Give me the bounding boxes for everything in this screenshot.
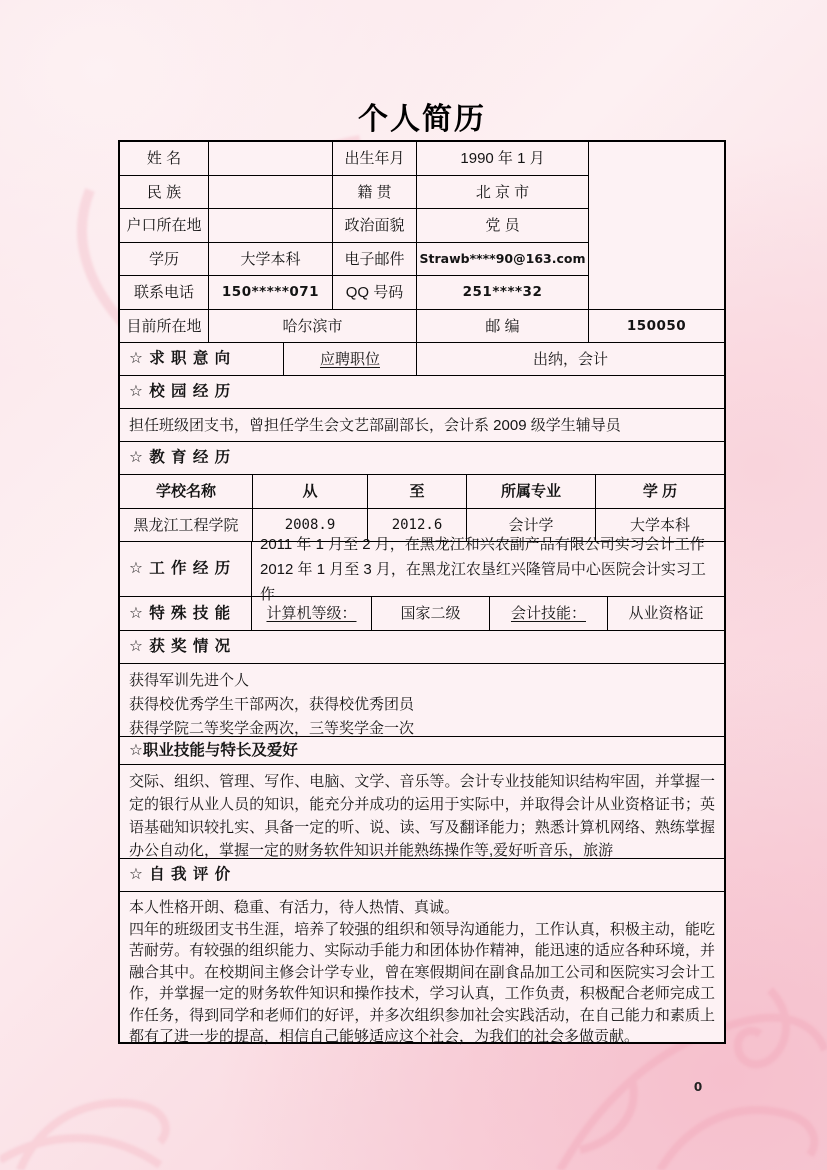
- name-label: 姓 名: [120, 142, 209, 176]
- column-major: 所属专业: [467, 475, 596, 509]
- special-skills-row: ☆ 特 殊 技 能 计算机等级： 国家二级 会计技能： 从业资格证: [120, 597, 724, 631]
- email-label: 电子邮件: [333, 243, 417, 276]
- self-evaluation-header: ☆ 自 我 评 价: [120, 859, 724, 892]
- professional-skills-content: 交际、组织、管理、写作、电脑、文学、音乐等。会计专业技能知识结构牢固，并掌握一定…: [120, 765, 724, 858]
- accounting-skill-label: 会计技能：: [490, 597, 608, 631]
- table-row: 姓 名 出生年月 1990 年 1 月: [120, 142, 589, 176]
- page-title: 个人简历: [118, 94, 726, 136]
- resume-page: { "page": { "title": "个人简历", "page_numbe…: [0, 0, 827, 1170]
- personal-info-grid: 姓 名 出生年月 1990 年 1 月 民 族 籍 贯 北 京 市 户口所在地 …: [120, 142, 589, 309]
- self-evaluation-content-row: 本人性格开朗、稳重、有活力，待人热情、真诚。 四年的班级团支书生涯，培养了较强的…: [120, 892, 724, 1042]
- self-evaluation-content: 本人性格开朗、稳重、有活力，待人热情、真诚。 四年的班级团支书生涯，培养了较强的…: [120, 892, 724, 1042]
- special-skills-header: ☆ 特 殊 技 能: [120, 597, 252, 631]
- school-name: 黑龙江工程学院: [120, 509, 253, 542]
- awards-content-row: 获得军训先进个人 获得校优秀学生干部两次，获得校优秀团员 获得学院二等奖学金两次…: [120, 664, 724, 737]
- phone-label: 联系电话: [120, 276, 209, 310]
- native-place-label: 籍 贯: [333, 176, 417, 209]
- column-school-name: 学校名称: [120, 475, 253, 509]
- ethnicity-label: 民 族: [120, 176, 209, 209]
- education-level-label: 学历: [120, 243, 209, 276]
- page-number: 0: [688, 1080, 708, 1094]
- work-section-header: ☆ 工 作 经 历: [120, 542, 252, 597]
- current-location-value: 哈尔滨市: [209, 310, 417, 343]
- political-status-value: 党 员: [417, 209, 589, 243]
- professional-skills-content-row: 交际、组织、管理、写作、电脑、文学、音乐等。会计专业技能知识结构牢固，并掌握一定…: [120, 765, 724, 859]
- native-place-value: 北 京 市: [417, 176, 589, 209]
- birthdate-label: 出生年月: [333, 142, 417, 176]
- education-header-row: ☆ 教 育 经 历: [120, 442, 724, 475]
- professional-skills-header-row: ☆职业技能与特长及爱好: [120, 737, 724, 765]
- accounting-skill-value: 从业资格证: [608, 597, 724, 631]
- award-line-1: 获得军训先进个人: [129, 669, 715, 693]
- email-value: Strawb****90@163.com: [417, 243, 589, 276]
- accounting-skill-label-text: 会计技能：: [511, 604, 586, 624]
- awards-content: 获得军训先进个人 获得校优秀学生干部两次，获得校优秀团员 获得学院二等奖学金两次…: [120, 664, 724, 736]
- column-to: 至: [368, 475, 467, 509]
- qq-value: 251****32: [417, 276, 589, 310]
- professional-skills-header: ☆职业技能与特长及爱好: [120, 737, 724, 765]
- photo-placeholder: [589, 142, 724, 310]
- table-row: 学历 大学本科 电子邮件 Strawb****90@163.com: [120, 243, 589, 276]
- location-row: 目前所在地 哈尔滨市 邮 编 150050: [120, 310, 724, 343]
- column-degree: 学 历: [596, 475, 724, 509]
- education-level-value: 大学本科: [209, 243, 333, 276]
- computer-level-label: 计算机等级：: [252, 597, 372, 631]
- birthdate-value: 1990 年 1 月: [417, 142, 589, 176]
- applied-position-value: 出纳，会计: [417, 343, 724, 376]
- self-evaluation-paragraph-2: 四年的班级团支书生涯，培养了较强的组织和领导沟通能力，工作认真，积极主动，能吃苦…: [129, 919, 715, 1048]
- resume-table: 姓 名 出生年月 1990 年 1 月 民 族 籍 贯 北 京 市 户口所在地 …: [118, 140, 726, 1044]
- job-intention-header: ☆ 求 职 意 向: [120, 343, 284, 376]
- table-row: 户口所在地 政治面貌 党 员: [120, 209, 589, 243]
- applied-position-label: 应聘职位: [284, 343, 417, 376]
- campus-header-row: ☆ 校 园 经 历: [120, 376, 724, 409]
- household-value-cell: [209, 209, 333, 243]
- campus-content: 担任班级团支书，曾担任学生会文艺部副部长，会计系 2009 级学生辅导员: [120, 409, 724, 442]
- zip-label: 邮 编: [417, 310, 589, 343]
- campus-section-header: ☆ 校 园 经 历: [120, 376, 724, 409]
- table-row: 民 族 籍 贯 北 京 市: [120, 176, 589, 209]
- computer-level-label-text: 计算机等级：: [266, 604, 356, 624]
- education-section-header: ☆ 教 育 经 历: [120, 442, 724, 475]
- current-location-label: 目前所在地: [120, 310, 209, 343]
- zip-value: 150050: [589, 310, 724, 343]
- ethnicity-value-cell: [209, 176, 333, 209]
- qq-label: QQ 号码: [333, 276, 417, 310]
- work-experience-row: ☆ 工 作 经 历 2011 年 1 月至 2 月，在黑龙江和兴农副产品有限公司…: [120, 542, 724, 597]
- self-evaluation-header-row: ☆ 自 我 评 价: [120, 859, 724, 892]
- work-content: 2011 年 1 月至 2 月，在黑龙江和兴农副产品有限公司实习会计工作 201…: [252, 542, 724, 597]
- personal-info-section: 姓 名 出生年月 1990 年 1 月 民 族 籍 贯 北 京 市 户口所在地 …: [120, 142, 724, 310]
- campus-content-row: 担任班级团支书，曾担任学生会文艺部副部长，会计系 2009 级学生辅导员: [120, 409, 724, 442]
- political-status-label: 政治面貌: [333, 209, 417, 243]
- computer-level-value: 国家二级: [372, 597, 490, 631]
- award-line-2: 获得校优秀学生干部两次，获得校优秀团员: [129, 693, 715, 717]
- column-from: 从: [253, 475, 368, 509]
- awards-section-header: ☆ 获 奖 情 况: [120, 631, 724, 664]
- phone-value: 150*****071: [209, 276, 333, 310]
- applied-position-label-text: 应聘职位: [320, 350, 380, 370]
- name-value-cell: [209, 142, 333, 176]
- job-intention-row: ☆ 求 职 意 向 应聘职位 出纳，会计: [120, 343, 724, 376]
- self-evaluation-paragraph-1: 本人性格开朗、稳重、有活力，待人热情、真诚。: [129, 897, 715, 919]
- table-row: 联系电话 150*****071 QQ 号码 251****32: [120, 276, 589, 310]
- household-label: 户口所在地: [120, 209, 209, 243]
- awards-header-row: ☆ 获 奖 情 况: [120, 631, 724, 664]
- work-line-1: 2011 年 1 月至 2 月，在黑龙江和兴农副产品有限公司实习会计工作: [260, 532, 705, 557]
- education-columns-row: 学校名称 从 至 所属专业 学 历: [120, 475, 724, 509]
